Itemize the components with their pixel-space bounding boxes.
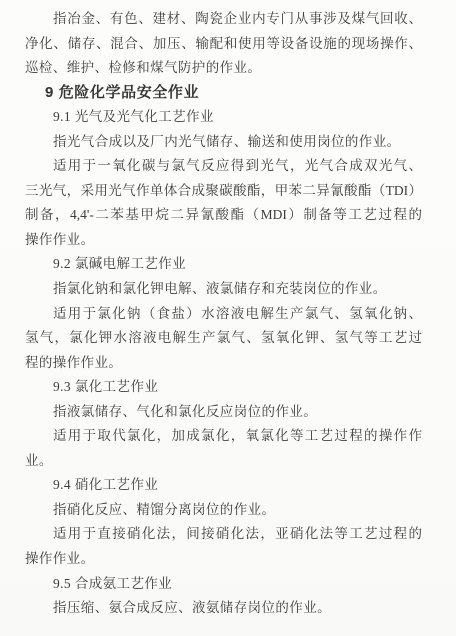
text-line: 程的操作作业。 [25, 351, 422, 376]
text-line: 适用于氯化钠（食盐）水溶液电解生产氯气、氢氧化钠、 [25, 302, 422, 327]
text-line: 9.4 硝化工艺作业 [25, 473, 422, 498]
text-line: 9.2 氯碱电解工艺作业 [25, 252, 422, 277]
text-line: 适用于取代氯化，加成氯化，氧氯化等工艺过程的操作作 [25, 424, 422, 449]
text-line: 指冶金、有色、建材、陶瓷企业内专门从事涉及煤气回收、 [25, 7, 422, 32]
text-line: 制备，4,4'-二苯基甲烷二异氰酸酯（MDI）制备等工艺过程的 [25, 203, 422, 228]
text-line: 业。 [25, 449, 422, 474]
document-page: 指冶金、有色、建材、陶瓷企业内专门从事涉及煤气回收、净化、储存、混合、加压、输配… [0, 0, 456, 636]
text-line: 指光气合成以及厂内光气储存、输送和使用岗位的作业。 [25, 130, 422, 155]
text-line: 指压缩、氨合成反应、液氨储存岗位的作业。 [25, 596, 422, 621]
text-line: 指液氯储存、气化和氯化反应岗位的作业。 [25, 400, 422, 425]
text-line: 巡检、维护、检修和煤气防护的作业。 [25, 56, 422, 81]
text-line: 适用于直接硝化法，间接硝化法，亚硝化法等工艺过程的 [25, 522, 422, 547]
section-heading: 9 危险化学品安全作业 [25, 81, 422, 106]
document-lines: 指冶金、有色、建材、陶瓷企业内专门从事涉及煤气回收、净化、储存、混合、加压、输配… [25, 7, 422, 621]
text-line: 指硝化反应、精馏分离岗位的作业。 [25, 498, 422, 523]
text-line: 指氯化钠和氯化钾电解、液氯储存和充装岗位的作业。 [25, 277, 422, 302]
text-line: 三光气，采用光气作单体合成聚碳酸酯，甲苯二异氰酸酯（TDI） [25, 179, 422, 204]
text-line: 操作作业。 [25, 547, 422, 572]
text-line: 适用于一氧化碳与氯气反应得到光气，光气合成双光气、 [25, 154, 422, 179]
text-line: 净化、储存、混合、加压、输配和使用等设备设施的现场操作、 [25, 32, 422, 57]
text-line: 操作作业。 [25, 228, 422, 253]
text-line: 9.5 合成氨工艺作业 [25, 572, 422, 597]
text-line: 9.3 氯化工艺作业 [25, 375, 422, 400]
text-line: 9.1 光气及光气化工艺作业 [25, 105, 422, 130]
text-line: 氢气，氯化钾水溶液电解生产氯气、氢氧化钾、氢气等工艺过 [25, 326, 422, 351]
